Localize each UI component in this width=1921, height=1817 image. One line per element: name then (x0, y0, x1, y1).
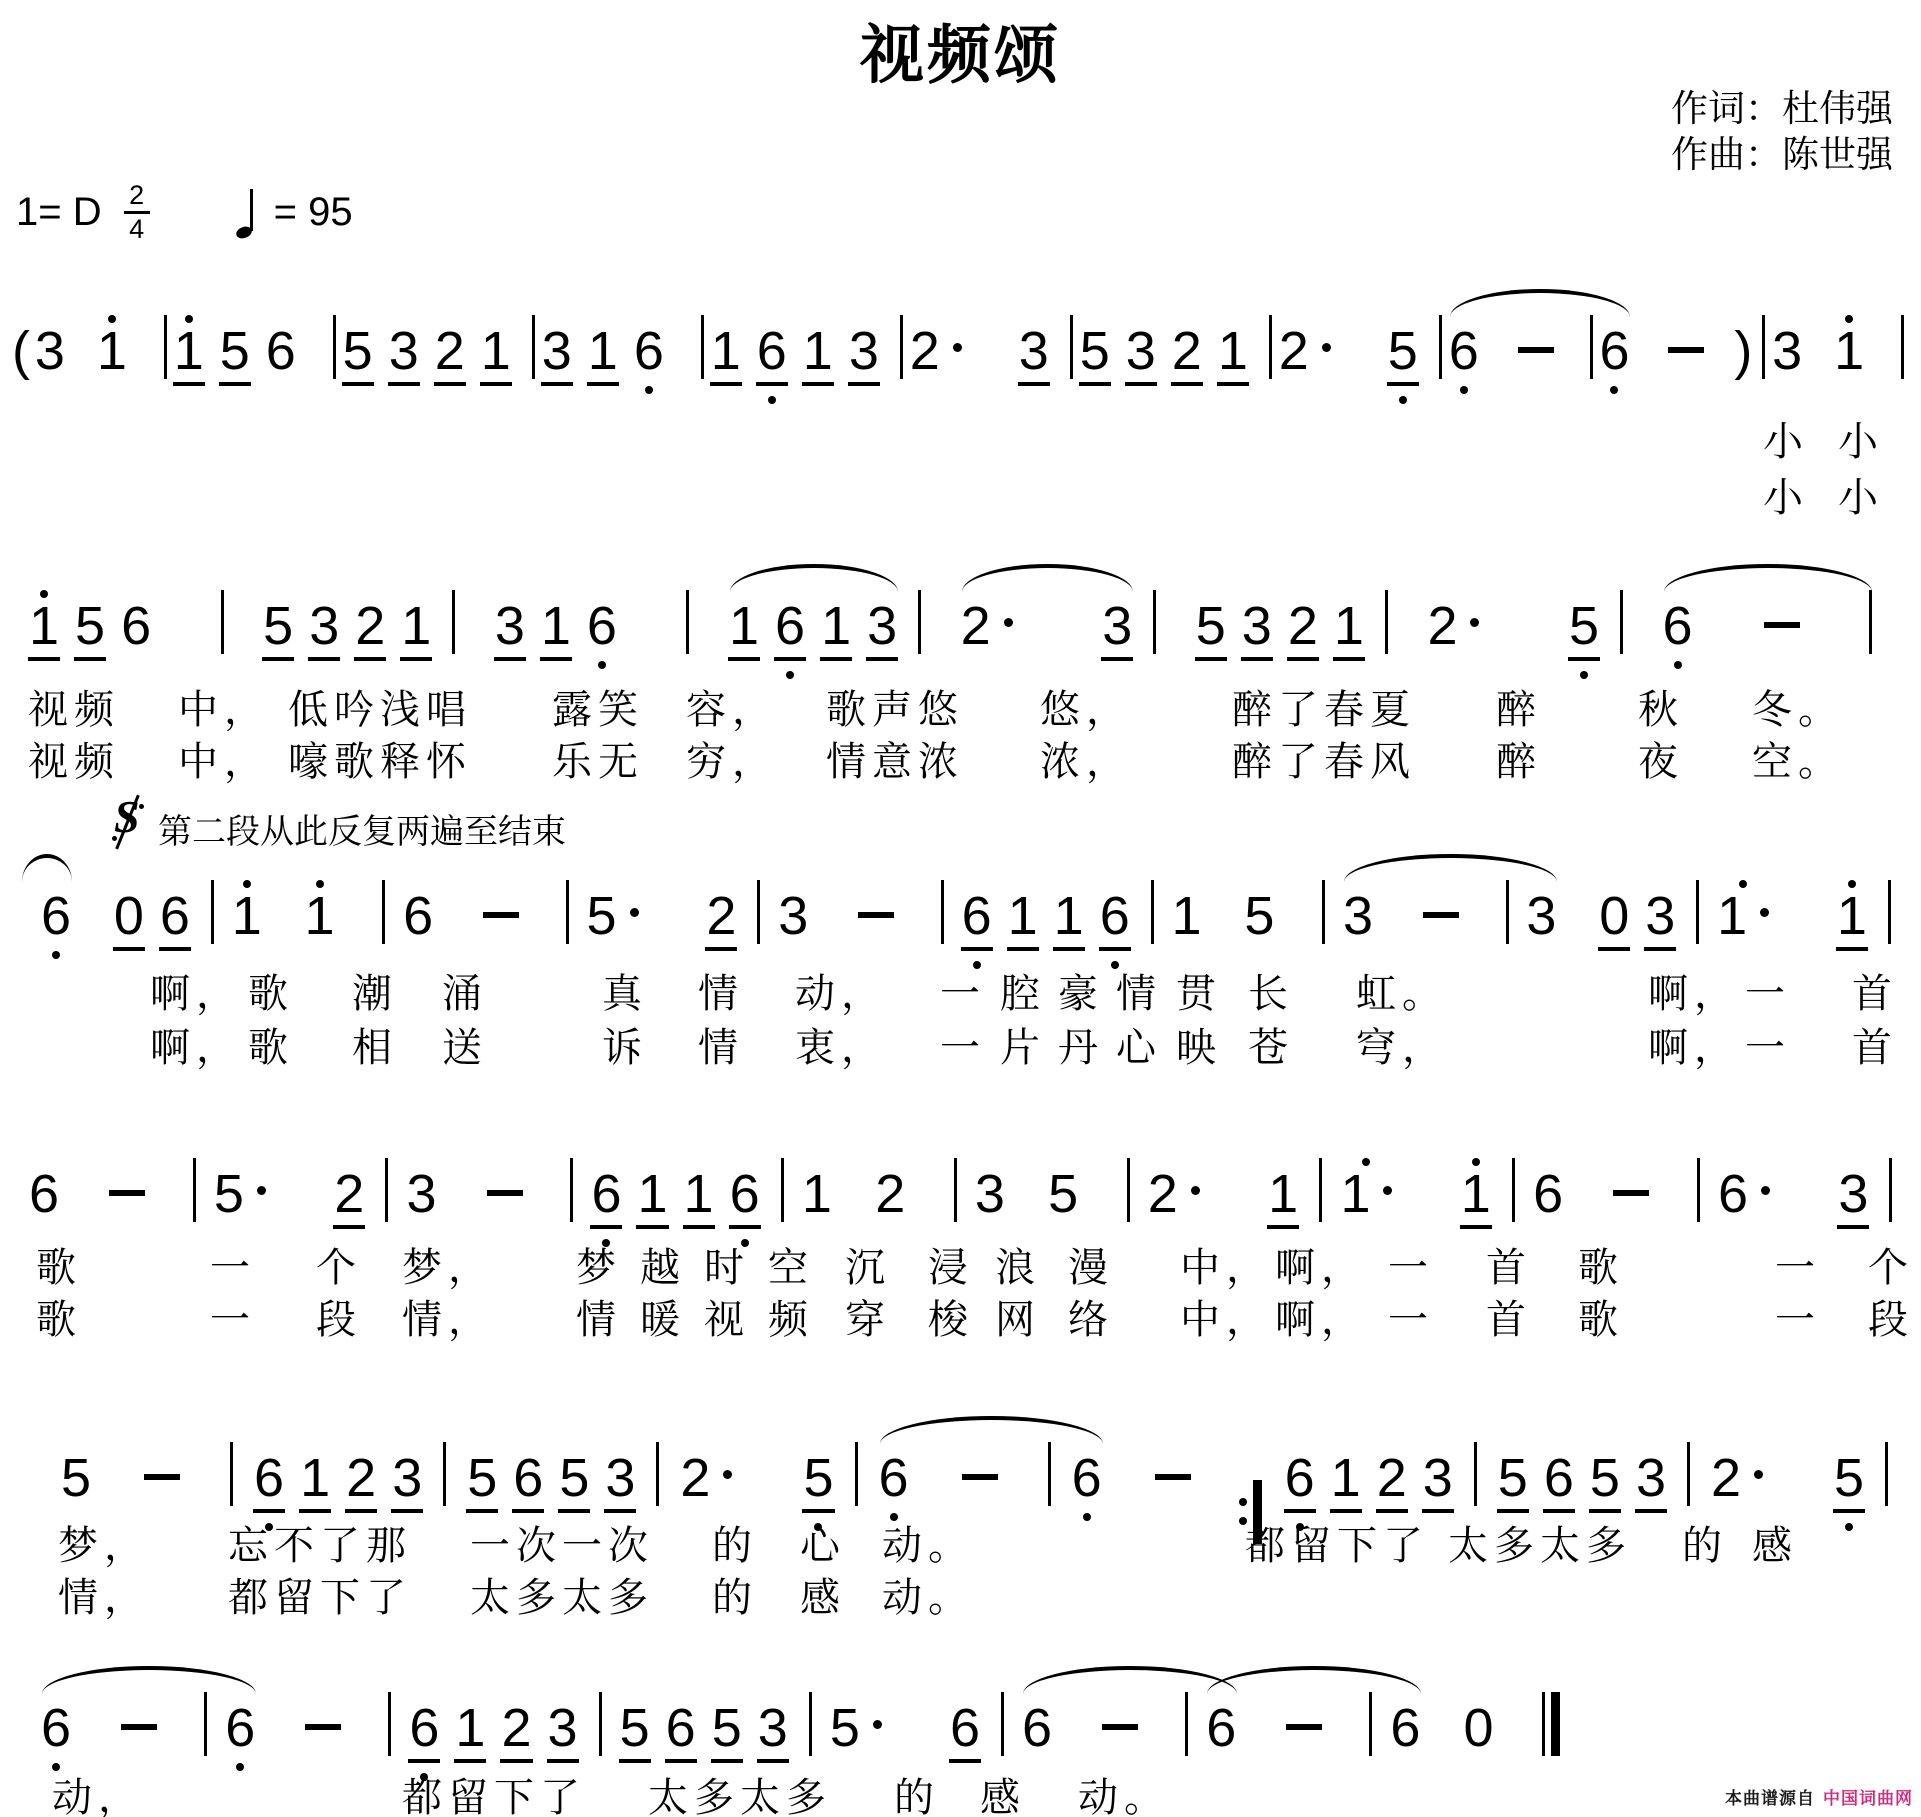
note: 3 (1241, 599, 1273, 661)
note: 3 (1635, 1451, 1667, 1513)
lyric-seg: 秋 (1638, 688, 1684, 732)
lyric-seg: 中， (178, 688, 270, 732)
footer-watermark: 本曲谱源自中国词曲网 (1725, 1784, 1913, 1809)
note: 1 (1053, 889, 1085, 951)
note: 6 (1662, 599, 1694, 657)
note: 3 (547, 1701, 579, 1763)
note: 0 (1598, 889, 1630, 951)
note: 1 (1217, 324, 1249, 386)
lyric-seg: 穷， (686, 740, 778, 784)
lyric-seg: 映 (1176, 1026, 1222, 1070)
augmentation-dot (630, 908, 639, 917)
lyric-seg: 歌 (36, 1246, 82, 1290)
note: 1 (304, 889, 336, 947)
note: 6 (1099, 889, 1131, 951)
lyric-seg: 一 (1388, 1246, 1434, 1290)
barline (1319, 1158, 1322, 1222)
duration-dash (1286, 1724, 1322, 1730)
lyric-seg: 醉了春夏 (1232, 688, 1416, 732)
barline (193, 1158, 196, 1222)
lyric-seg: 频 (768, 1298, 814, 1342)
lyric-seg: 个 (1868, 1246, 1914, 1290)
barline (656, 1442, 659, 1506)
note: 6 (1543, 1451, 1575, 1513)
lyric-seg: 小 (1838, 420, 1884, 464)
lyric-seg: 沉 (845, 1246, 891, 1290)
lyric-seg: 啊， (150, 972, 242, 1016)
notation-system-2: 15653213161613235321256 (28, 590, 1910, 661)
note: 1 (1339, 1167, 1392, 1225)
barline (1153, 590, 1156, 654)
note: 6 (1532, 1167, 1564, 1225)
note: 1 (1171, 889, 1203, 947)
lyric-seg: 太多太多 (1448, 1524, 1632, 1568)
lyric-seg: 动， (52, 1776, 144, 1817)
notation-system-6: 6661235653566660 (40, 1692, 1566, 1763)
note: 3 (848, 324, 880, 386)
lyric-seg: 梭 (928, 1298, 974, 1342)
lyric-seg: 醉 (1496, 688, 1542, 732)
lyric-seg: 贯 (1176, 972, 1222, 1016)
note: 6 (590, 1167, 622, 1229)
lyric-seg: 啊， (150, 1026, 242, 1070)
duration-dash (487, 1190, 523, 1196)
barline (164, 315, 167, 379)
note: 1 (299, 1451, 331, 1513)
lyric-seg: 歌 (1578, 1246, 1624, 1290)
barline (1127, 1158, 1130, 1222)
lyric-seg: 一 (1745, 1026, 1791, 1070)
lyric-seg: 感 (980, 1776, 1026, 1817)
note: 1 (1007, 889, 1039, 951)
segno-instruction: S 第二段从此反复两遍至结束 (112, 796, 566, 853)
barline (954, 1158, 957, 1222)
lyric-seg: 情， (402, 1298, 494, 1342)
note: 5 (219, 324, 251, 386)
note: 6 (512, 1451, 544, 1513)
note: 5 (1568, 599, 1600, 661)
barline (1070, 315, 1073, 379)
note: 3 (308, 599, 340, 661)
note: 5 (1047, 1167, 1079, 1225)
note: 1 (710, 324, 742, 386)
note: 1 (587, 324, 619, 386)
lyric-seg: 歌 (36, 1298, 82, 1342)
duration-dash (1613, 1190, 1649, 1196)
augmentation-dot (1322, 343, 1331, 352)
note: 5 (1833, 1451, 1865, 1513)
lyric-seg: 的 (1682, 1524, 1728, 1568)
lyric-seg: 梦， (58, 1524, 150, 1568)
duration-dash (1423, 912, 1459, 918)
barline (211, 880, 214, 944)
lyric-seg: 嚎歌释怀 (288, 740, 472, 784)
barline (1762, 315, 1765, 379)
lyric-seg: 时 (704, 1246, 750, 1290)
augmentation-dot (1754, 1470, 1763, 1479)
song-title: 视频颂 (0, 4, 1921, 96)
note: 6 (729, 1167, 761, 1229)
lyric-seg: 豪 (1058, 972, 1104, 1016)
lyric-seg: 的 (894, 1776, 940, 1817)
tie-slur (962, 564, 1133, 592)
octave-dot-low (786, 671, 794, 679)
note: 1 (96, 324, 128, 382)
barline (918, 590, 921, 654)
barline (855, 1442, 858, 1506)
barline (1369, 1692, 1372, 1756)
tempo-value: = 95 (274, 190, 353, 235)
note: 5 (213, 1167, 266, 1225)
note: 3 (1644, 889, 1676, 951)
tie-slur (730, 564, 898, 592)
lyric-seg: 露笑 (552, 688, 644, 732)
lyric-seg: 中， (178, 740, 270, 784)
note: 6 (1448, 324, 1480, 382)
note: 2 (1287, 599, 1319, 661)
lyric-seg: 动。 (882, 1524, 974, 1568)
duration-dash (1764, 622, 1800, 628)
note: 6 (774, 599, 806, 661)
lyric-seg: 视频 (28, 688, 120, 732)
note: 1 (1330, 1451, 1362, 1513)
octave-dot-low (598, 661, 606, 669)
barline (1048, 1442, 1051, 1506)
lyric-seg: 一 (1745, 972, 1791, 1016)
note: 3 (757, 1701, 789, 1763)
key-tempo-line: 1= D 2 4 = 95 (16, 182, 353, 243)
duration-dash (109, 1190, 145, 1196)
tie-slur (1664, 564, 1872, 592)
lyric-seg: 的 (712, 1524, 758, 1568)
notes-row: 15653213161613235321256 (28, 590, 1910, 661)
duration-dash (121, 1724, 157, 1730)
note: 3 (1837, 1167, 1869, 1229)
note: 1 (400, 599, 432, 661)
barline (1901, 315, 1904, 379)
lyric-seg: 越 (640, 1246, 686, 1290)
lyric-seg: 段 (316, 1298, 362, 1342)
note: 1 (454, 1701, 486, 1763)
barline (1696, 880, 1699, 944)
final-barline (1542, 1692, 1560, 1756)
barline (757, 880, 760, 944)
note: 6 (159, 889, 191, 951)
lyric-seg: 太多太多 (470, 1576, 654, 1620)
tie-slur (880, 1416, 1103, 1444)
lyric-seg: 啊， (1275, 1246, 1367, 1290)
barline (570, 1158, 573, 1222)
lyric-seg: 个 (316, 1246, 362, 1290)
note: 2 (500, 1701, 532, 1763)
lyric-seg: 长 (1248, 972, 1294, 1016)
lyric-seg: 啊， (1648, 972, 1740, 1016)
note: 6 (120, 599, 152, 657)
lyric-seg: 暖 (640, 1298, 686, 1342)
lyric-seg: 都留下了 (1245, 1524, 1429, 1568)
lyric-seg: 感 (800, 1576, 846, 1620)
octave-dot-high (1472, 1158, 1480, 1166)
credits-block: 作词：杜伟强 作曲：陈世强 (1671, 86, 1893, 179)
notes-row: (31156532131616132353212566)31 (12, 315, 1910, 386)
footer-site: 中国词曲网 (1823, 1789, 1913, 1808)
lyric-seg: 一 (210, 1246, 256, 1290)
note: 6 (408, 1701, 440, 1763)
lyric-seg: 浓， (1040, 740, 1132, 784)
note: 3 (494, 599, 526, 661)
lyric-seg: 空。 (1752, 740, 1844, 784)
lyric-seg: 歌 (248, 972, 294, 1016)
note: 6 (1205, 1701, 1237, 1759)
octave-dot-high (108, 315, 116, 323)
note: 5 (342, 324, 374, 386)
octave-dot-low (890, 1513, 898, 1521)
note: 6 (253, 1451, 285, 1513)
barline (1151, 880, 1154, 944)
note: 1 (1833, 324, 1865, 382)
lyric-seg: 视频 (28, 740, 120, 784)
note: 5 (1497, 1451, 1529, 1513)
lyric-seg: 啊， (1275, 1298, 1367, 1342)
note: 6 (28, 1167, 60, 1225)
note: 1 (173, 324, 205, 386)
octave-dot-low (52, 1763, 60, 1771)
lyric-seg: 梦， (402, 1246, 494, 1290)
note: 3 (1101, 599, 1133, 661)
lyric-seg: 情 (698, 1026, 744, 1070)
augmentation-dot (723, 1470, 732, 1479)
parenthesis: ) (1734, 324, 1752, 378)
note: 1 (1267, 1167, 1299, 1229)
lyric-seg: 网 (995, 1298, 1041, 1342)
lyric-seg: 潮 (352, 972, 398, 1016)
octave-dot-high (243, 880, 251, 888)
segno-icon: S (112, 796, 144, 850)
note: 1 (801, 1167, 833, 1225)
lyric-seg: 动， (795, 972, 887, 1016)
note: 1 (1333, 599, 1365, 661)
note: 5 (1243, 889, 1275, 947)
octave-dot-high (1739, 880, 1747, 888)
barline (1620, 590, 1623, 654)
note: 3 (391, 1451, 423, 1513)
duration-dash (962, 1474, 998, 1480)
barline (388, 1692, 391, 1756)
note: 1 (728, 599, 760, 661)
lyric-seg: 小 (1763, 476, 1809, 520)
barline (1512, 1158, 1515, 1222)
lyric-seg: 浪 (995, 1246, 1041, 1290)
barline (532, 315, 535, 379)
lyric-seg: 穿 (845, 1298, 891, 1342)
note: 3 (541, 324, 573, 386)
lyric-seg: 都留下了 (228, 1576, 412, 1620)
note: 5 (60, 1451, 92, 1509)
lyric-seg: 首 (1486, 1298, 1532, 1342)
notes-row: 606116523611615330311 (40, 880, 1908, 951)
note: 6 (224, 1701, 256, 1759)
note: 1 (820, 599, 852, 661)
note: 5 (619, 1701, 651, 1763)
lyric-seg: 穹， (1356, 1026, 1448, 1070)
barline (1590, 315, 1593, 379)
barline (900, 315, 903, 379)
lyric-seg: 涌 (442, 972, 488, 1016)
octave-dot-low (645, 386, 653, 394)
octave-dot-low (1674, 661, 1682, 669)
note: 2 (354, 599, 386, 661)
notes-row: 6661235653566660 (40, 1692, 1566, 1763)
note: 0 (1463, 1701, 1495, 1759)
lyric-seg: 啊， (1648, 1026, 1740, 1070)
lyric-seg: 一 (210, 1298, 256, 1342)
lyric-seg: 络 (1068, 1298, 1114, 1342)
lyric-seg: 漫 (1068, 1246, 1114, 1290)
quarter-note-icon (236, 188, 258, 238)
barline (1439, 315, 1442, 379)
augmentation-dot (1760, 908, 1769, 917)
barline (1322, 880, 1325, 944)
lyric-seg: 动。 (1078, 1776, 1170, 1817)
barline (1185, 1692, 1188, 1756)
lyric-seg: 悠， (1040, 688, 1132, 732)
lyric-seg: 首 (1852, 1026, 1898, 1070)
note: 6 (1598, 324, 1630, 382)
composer-credit: 作曲：陈世强 (1671, 132, 1893, 178)
note: 6 (665, 1701, 697, 1763)
lyric-seg: 歌声悠 (826, 688, 964, 732)
note: 3 (34, 324, 66, 382)
note: 5 (802, 1451, 834, 1513)
note: 1 (636, 1167, 668, 1229)
note: 5 (1079, 324, 1111, 386)
octave-dot-high (1848, 880, 1856, 888)
note: 3 (1125, 324, 1157, 386)
augmentation-dot (1761, 1186, 1770, 1195)
note: 1 (802, 324, 834, 386)
note: 6 (961, 889, 993, 951)
note: 5 (829, 1701, 882, 1759)
lyricist-credit: 作词：杜伟强 (1671, 86, 1893, 132)
note: 5 (711, 1701, 743, 1763)
augmentation-dot (1383, 1186, 1392, 1195)
note: 6 (756, 324, 788, 386)
segno-text: 第二段从此反复两遍至结束 (158, 796, 566, 853)
barline (686, 590, 689, 654)
barline (941, 880, 944, 944)
note: 2 (1147, 1167, 1200, 1225)
duration-dash (1518, 347, 1554, 353)
lyric-seg: 一次一次 (470, 1524, 654, 1568)
lyric-seg: 小 (1763, 420, 1809, 464)
parenthesis: ( (12, 324, 30, 378)
duration-dash (483, 912, 519, 918)
lyric-seg: 的 (712, 1576, 758, 1620)
octave-dot-low (52, 951, 60, 959)
note: 2 (1171, 324, 1203, 386)
lyric-seg: 丹 (1058, 1026, 1104, 1070)
octave-dot-low (1580, 671, 1588, 679)
lyric-seg: 衷， (795, 1026, 887, 1070)
note: 6 (1717, 1167, 1770, 1225)
note: 6 (402, 889, 434, 947)
barline (230, 1442, 233, 1506)
note: 1 (231, 889, 263, 947)
tie-slur (1023, 1666, 1237, 1694)
lyric-seg: 真 (602, 972, 648, 1016)
octave-dot-low (1845, 1523, 1853, 1531)
notation-system-3: 606116523611615330311 (40, 880, 1908, 951)
augmentation-dot (953, 343, 962, 352)
lyric-seg: 一 (940, 1026, 986, 1070)
octave-dot-high (316, 880, 324, 888)
note: 2 (960, 599, 1013, 657)
note: 5 (466, 1451, 498, 1513)
lyric-seg: 歌 (248, 1026, 294, 1070)
note: 3 (1422, 1451, 1454, 1513)
augmentation-dot (1191, 1186, 1200, 1195)
note: 1 (1460, 1167, 1492, 1229)
note: 6 (265, 324, 297, 382)
note: 2 (434, 324, 466, 386)
barline (221, 590, 224, 654)
lyric-seg: 首 (1852, 972, 1898, 1016)
lyric-seg: 都留下了 (402, 1776, 586, 1817)
lyric-seg: 一 (1775, 1246, 1821, 1290)
lyric-seg: 中， (1180, 1298, 1272, 1342)
tie-slur (22, 854, 72, 882)
lyric-seg: 乐无 (552, 740, 644, 784)
note: 6 (633, 324, 665, 382)
lyric-seg: 情 (698, 972, 744, 1016)
note: 3 (866, 599, 898, 661)
note: 1 (28, 599, 60, 661)
note: 1 (683, 1167, 715, 1229)
octave-dot-high (1362, 1158, 1370, 1166)
note: 0 (113, 889, 145, 951)
barline (781, 1158, 784, 1222)
lyric-seg: 醉 (1496, 740, 1542, 784)
octave-dot-low (973, 961, 981, 969)
duration-dash (1668, 347, 1704, 353)
octave-dot-low (1399, 396, 1407, 404)
note: 6 (1389, 1701, 1421, 1759)
note: 6 (949, 1701, 981, 1763)
sheet-music-page: 视频颂 作词：杜伟强 作曲：陈世强 1= D 2 4 = 95 S 第二段从此反… (0, 0, 1921, 1817)
lyric-seg: 相 (352, 1026, 398, 1070)
lyric-seg: 一 (1388, 1298, 1434, 1342)
lyric-seg: 片 (1000, 1026, 1046, 1070)
barline (333, 315, 336, 379)
note: 6 (40, 1701, 72, 1759)
key-signature: 1= D (16, 190, 102, 235)
note: 2 (1426, 599, 1479, 657)
note: 3 (388, 324, 420, 386)
note: 5 (1589, 1451, 1621, 1513)
barline (1269, 315, 1272, 379)
lyric-seg: 小 (1838, 476, 1884, 520)
octave-dot-low (1460, 386, 1468, 394)
augmentation-dot (873, 1720, 882, 1729)
barline (1001, 1692, 1004, 1756)
barline (443, 1442, 446, 1506)
barline (385, 1158, 388, 1222)
lyric-seg: 情 (1116, 972, 1162, 1016)
lyric-seg: 醉了春风 (1232, 740, 1416, 784)
lyric-seg: 心 (1116, 1026, 1162, 1070)
lyric-seg: 腔 (1000, 972, 1046, 1016)
lyric-seg: 浸 (928, 1246, 974, 1290)
